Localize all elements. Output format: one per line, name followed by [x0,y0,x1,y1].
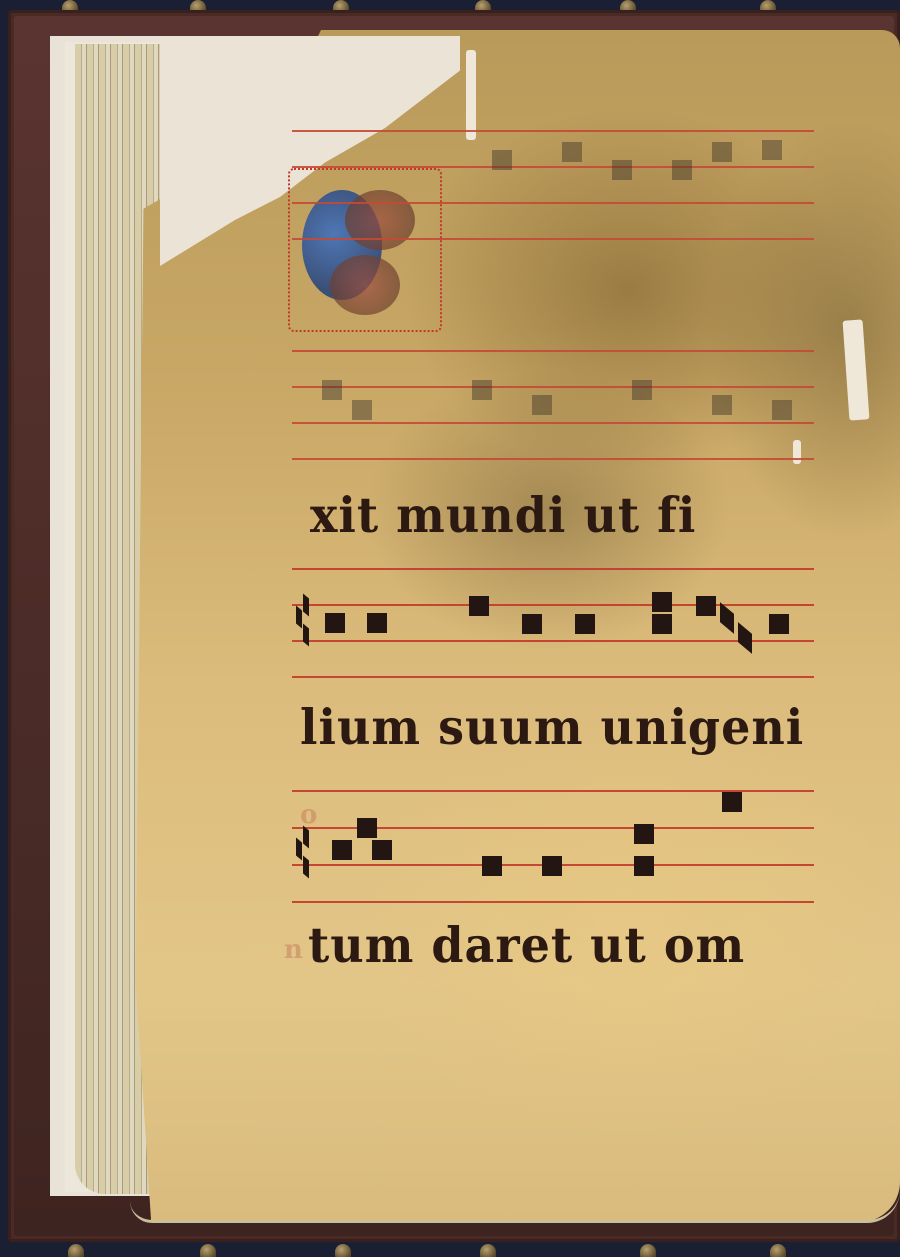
staff-line [292,676,814,678]
square-note [652,592,672,612]
binding-nail [640,1244,656,1257]
parchment-loss [466,50,476,140]
staff-line [292,568,814,570]
lyric-line-2: xit mundi ut fi [310,487,696,544]
square-note [696,596,716,616]
lyric-line-4: tum daret ut om [308,917,745,974]
square-note [634,856,654,876]
square-note [472,380,492,400]
binding-nail [770,1244,786,1257]
staff-line [292,130,814,132]
c-clef-icon [303,855,309,878]
initial-red-pigment [330,255,400,315]
rhombus-note [738,622,752,654]
square-note [712,395,732,415]
square-note [575,614,595,634]
c-clef-icon [296,605,302,628]
binding-nail [68,1244,84,1257]
showthrough-letter: n [284,935,303,965]
staff-line [292,901,814,903]
square-note [652,614,672,634]
square-note [532,395,552,415]
square-note [712,142,732,162]
staff-3 [292,568,814,680]
square-note [332,840,352,860]
binding-nail [480,1244,496,1257]
binding-nail [200,1244,216,1257]
staff-1 [292,130,814,242]
staff-line [292,350,814,352]
square-note [325,613,345,633]
staff-line [292,166,814,168]
staff-line [292,604,814,606]
square-note [372,840,392,860]
staff-line [292,422,814,424]
square-note [522,614,542,634]
staff-2 [292,350,814,462]
square-note [722,792,742,812]
staff-line [292,458,814,460]
square-note [492,150,512,170]
c-clef-icon [303,623,309,646]
c-clef-icon [296,837,302,860]
square-note [772,400,792,420]
square-note [357,818,377,838]
square-note [367,613,387,633]
staff-line [292,202,814,204]
square-note [562,142,582,162]
square-note [762,140,782,160]
square-note [322,380,342,400]
showthrough-letter: o [300,800,317,830]
square-note [672,160,692,180]
rhombus-note [720,602,734,634]
c-clef-icon [303,593,309,616]
square-note [482,856,502,876]
square-note [469,596,489,616]
staff-4 [292,790,814,905]
square-note [352,400,372,420]
square-note [542,856,562,876]
square-note [632,380,652,400]
staff-line [292,640,814,642]
square-note [769,614,789,634]
square-note [612,160,632,180]
staff-line [292,238,814,240]
square-note [634,824,654,844]
binding-nail [335,1244,351,1257]
staff-line [292,386,814,388]
leaf-bottom-edge [130,1190,900,1223]
lyric-line-3: lium suum unigeni [300,699,804,756]
